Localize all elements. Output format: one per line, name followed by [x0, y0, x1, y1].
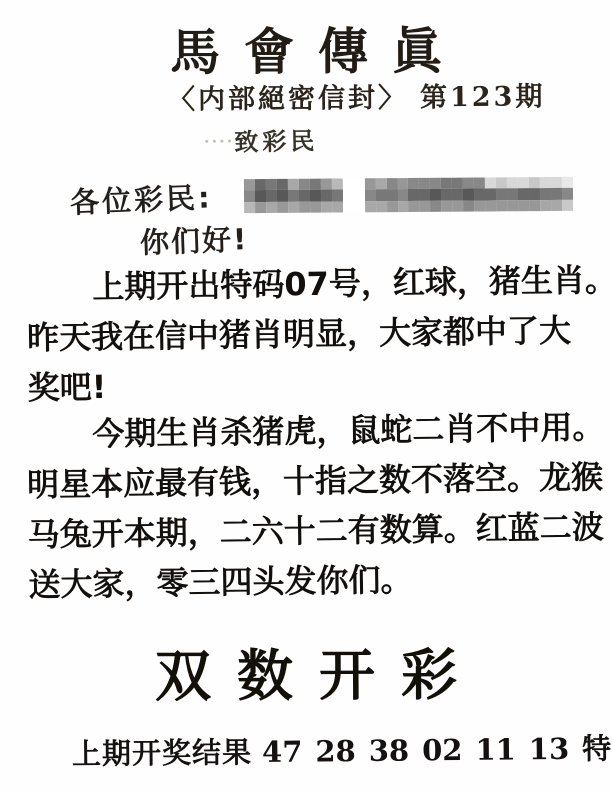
censor-pixel [463, 178, 474, 189]
censor-pixel [474, 189, 485, 200]
censor-pixel [518, 177, 529, 188]
censor-pixel [299, 201, 310, 212]
censor-pixel [244, 179, 255, 190]
censor-pixel [507, 177, 518, 188]
censor-pixel [419, 178, 430, 189]
result-numbers: 472838021113 [262, 732, 582, 769]
censor-pixel [255, 202, 266, 213]
censor-pixel [255, 179, 266, 190]
censor-pixel [529, 188, 540, 199]
dedication-line: ····致彩民 [204, 121, 319, 158]
result-number: 28 [315, 734, 356, 768]
censor-pixel [485, 189, 496, 200]
censor-pixel [474, 177, 485, 188]
body-line: 马兔开本期，二六十二有数算。红蓝二波 [27, 502, 603, 560]
censor-pixel [365, 190, 376, 201]
censor-pixel [551, 188, 562, 199]
censor-pixel [343, 190, 354, 201]
censor-pixel [408, 189, 419, 200]
censored-contact-blur [244, 177, 573, 213]
censor-pixel [354, 201, 365, 212]
censor-pixel [409, 201, 420, 212]
censor-pixel [441, 200, 452, 211]
censor-pixel [485, 177, 496, 188]
censor-pixel [376, 201, 387, 212]
censor-pixel [310, 190, 321, 201]
prediction-headline: 双数开彩 [0, 630, 612, 713]
censor-pixel [365, 178, 376, 189]
censor-pixel [518, 188, 529, 199]
censor-pixel [288, 190, 299, 201]
censor-pixel [419, 201, 430, 212]
censor-pixel [387, 189, 398, 200]
censor-pixel [288, 201, 299, 212]
censor-pixel [540, 200, 551, 211]
censor-pixel [529, 177, 540, 188]
body-line: 明星本应最有钱，十指之数不落空。龙猴 [27, 452, 603, 510]
censor-pixel [321, 190, 332, 201]
censor-pixel [332, 190, 343, 201]
subtitle-envelope-label: 〈内部絕密信封〉 [168, 83, 408, 116]
censor-pixel [507, 189, 518, 200]
censor-pixel [430, 200, 441, 211]
fax-flyer-page: 馬會傳眞 〈内部絕密信封〉第123期 ····致彩民 各位彩民: 你们好! 上期… [0, 0, 612, 790]
previous-draw-results: 上期开奖结果472838021113特07 [72, 726, 612, 773]
censor-pixel [376, 189, 387, 200]
censor-pixel [244, 202, 255, 213]
salutation: 各位彩民: [69, 175, 213, 221]
censor-pixel [441, 178, 452, 189]
censor-pixel [375, 178, 386, 189]
dedication-label: 致彩民 [234, 126, 318, 156]
censor-pixel [408, 178, 419, 189]
censor-pixel [529, 200, 540, 211]
censor-pixel [540, 188, 551, 199]
censor-pixel [485, 200, 496, 211]
censor-pixel [496, 200, 507, 211]
censor-pixel [397, 189, 408, 200]
special-label: 特 [582, 731, 611, 765]
dedication-dots: ···· [204, 131, 235, 151]
result-number: 02 [422, 733, 463, 767]
censor-pixel [551, 200, 562, 211]
censor-pixel [310, 179, 321, 190]
censor-pixel [299, 190, 310, 201]
result-number: 47 [262, 735, 303, 769]
subtitle: 〈内部絕密信封〉第123期 [168, 74, 546, 116]
censor-pixel [310, 201, 321, 212]
greeting: 你们好! [139, 217, 249, 262]
result-number: 11 [475, 732, 516, 766]
censor-pixel [387, 201, 398, 212]
censor-pixel [266, 179, 277, 190]
body-line: 送大家，零三四头发你们。 [28, 552, 604, 610]
censor-pixel [266, 202, 277, 213]
body-line: 今期生肖杀猪虎，鼠蛇二肖不中用。 [26, 402, 602, 460]
censor-pixel [321, 201, 332, 212]
censor-pixel [343, 178, 354, 189]
censor-pixel [496, 189, 507, 200]
issue-number: 第123期 [420, 81, 546, 113]
body-line: 上期开出特码07号，红球，猪生肖。 [26, 255, 602, 313]
result-number: 13 [529, 732, 570, 766]
censor-pixel [266, 190, 277, 201]
censor-pixel [255, 190, 266, 201]
censor-pixel [452, 178, 463, 189]
censor-pixel [540, 177, 551, 188]
censor-pixel [244, 190, 255, 201]
censor-pixel [463, 189, 474, 200]
censor-pixel [288, 179, 299, 190]
censor-pixel [562, 188, 573, 199]
censor-pixel [277, 179, 288, 190]
censor-pixel [332, 178, 343, 189]
paragraph-2: 今期生肖杀猪虎，鼠蛇二肖不中用。明星本应最有钱，十指之数不落空。龙猴马兔开本期，… [26, 402, 604, 610]
censor-pixel [507, 200, 518, 211]
censor-pixel [551, 177, 562, 188]
censor-pixel [299, 179, 310, 190]
censor-pixel [562, 177, 573, 188]
censor-pixel [332, 201, 343, 212]
censor-pixel [430, 178, 441, 189]
censor-pixel [277, 201, 288, 212]
censor-pixel [518, 200, 529, 211]
censor-pixel [354, 190, 365, 201]
results-label: 上期开奖结果 [72, 735, 252, 771]
censor-pixel [419, 189, 430, 200]
censor-pixel [343, 201, 354, 212]
censor-pixel [321, 179, 332, 190]
censor-pixel [354, 178, 365, 189]
censor-pixel [452, 189, 463, 200]
censor-pixel [386, 178, 397, 189]
censor-pixel [365, 201, 376, 212]
special-number: 特07 [582, 731, 612, 766]
result-number: 38 [369, 734, 410, 768]
censor-pixel [463, 200, 474, 211]
censor-pixel [397, 178, 408, 189]
censor-pixel [277, 190, 288, 201]
censor-pixel [496, 177, 507, 188]
body-line: 昨天我在信中猪肖明显，大家都中了大 [27, 305, 603, 363]
censor-pixel [398, 201, 409, 212]
censor-pixel [562, 200, 573, 211]
censor-pixel [441, 189, 452, 200]
paragraph-1: 上期开出特码07号，红球，猪生肖。昨天我在信中猪肖明显，大家都中了大奖吧! [26, 255, 603, 413]
censor-pixel [474, 200, 485, 211]
censor-pixel [452, 200, 463, 211]
censor-pixel [430, 189, 441, 200]
